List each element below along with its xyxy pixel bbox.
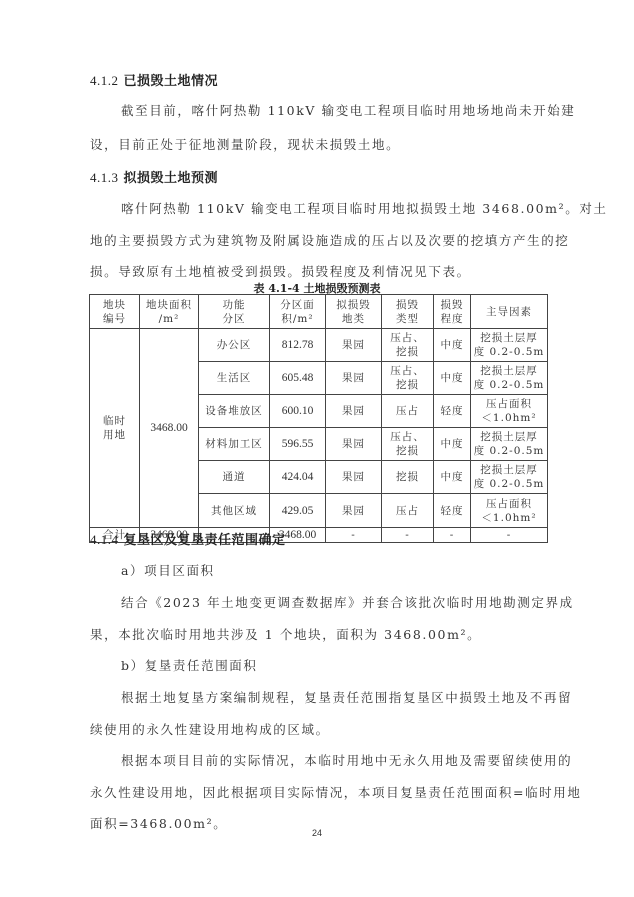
landtype-cell: 果园 bbox=[326, 428, 382, 461]
header-cell: 主导因素 bbox=[471, 295, 548, 329]
degree-cell: 轻度 bbox=[434, 494, 471, 528]
header-cell: 分区面积/m² bbox=[270, 295, 326, 329]
header-cell: 地块面积/m² bbox=[140, 295, 199, 329]
damage-type-cell: 压占、挖损 bbox=[382, 428, 434, 461]
header-cell: 功能分区 bbox=[199, 295, 270, 329]
landtype-cell: 果园 bbox=[326, 362, 382, 395]
zone-area-cell: 424.04 bbox=[270, 461, 326, 494]
paragraph-line: 永久性建设用地，因此根据项目实际情况，本项目复垦责任范围面积=临时用地 bbox=[90, 783, 547, 801]
zone-cell: 办公区 bbox=[199, 329, 270, 362]
paragraph-line: 续使用的永久性建设用地构成的区域。 bbox=[90, 720, 547, 738]
header-cell: 地块编号 bbox=[90, 295, 140, 329]
paragraph-line: 损。导致原有土地植被受到损毁。损毁程度及利情况见下表。 bbox=[90, 262, 547, 280]
paragraph-line: 根据本项目目前的实际情况，本临时用地中无永久用地及需要留续使用的 bbox=[121, 751, 547, 769]
total-factor-cell: - bbox=[471, 528, 548, 543]
landtype-cell: 果园 bbox=[326, 395, 382, 428]
header-cell: 拟损毁地类 bbox=[326, 295, 382, 329]
block-id-cell: 临时用地 bbox=[90, 329, 140, 528]
section-heading-4-1-2: 4.1.2已损毁土地情况 bbox=[90, 70, 218, 89]
paragraph-line: 地的主要损毁方式为建筑物及附属设施造成的压占以及次要的挖填方产生的挖 bbox=[90, 231, 547, 249]
total-degree-cell: - bbox=[434, 528, 471, 543]
degree-cell: 轻度 bbox=[434, 395, 471, 428]
landtype-cell: 果园 bbox=[326, 461, 382, 494]
header-cell: 损毁程度 bbox=[434, 295, 471, 329]
paragraph-line: 根据土地复垦方案编制规程，复垦责任范围指复垦区中损毁土地及不再留 bbox=[121, 688, 547, 706]
degree-cell: 中度 bbox=[434, 329, 471, 362]
factor-cell: 挖损土层厚度 0.2-0.5m bbox=[471, 329, 548, 362]
zone-area-cell: 596.55 bbox=[270, 428, 326, 461]
zone-cell: 材料加工区 bbox=[199, 428, 270, 461]
header-cell: 损毁类型 bbox=[382, 295, 434, 329]
zone-cell: 生活区 bbox=[199, 362, 270, 395]
subheading-b: b）复垦责任范围面积 bbox=[121, 656, 547, 674]
zone-cell: 设备堆放区 bbox=[199, 395, 270, 428]
paragraph-line: 截至目前，喀什阿热勒 110kV 输变电工程项目临时用地场地尚未开始建 bbox=[121, 101, 547, 119]
damage-type-cell: 压占、挖损 bbox=[382, 362, 434, 395]
degree-cell: 中度 bbox=[434, 428, 471, 461]
factor-cell: 挖损土层厚度 0.2-0.5m bbox=[471, 362, 548, 395]
page-number: 24 bbox=[0, 828, 634, 838]
paragraph-line: 果，本批次临时用地共涉及 1 个地块，面积为 3468.00m²。 bbox=[90, 625, 547, 643]
zone-area-cell: 605.48 bbox=[270, 362, 326, 395]
paragraph-line: 喀什阿热勒 110kV 输变电工程项目临时用地拟损毁土地 3468.00m²。对… bbox=[121, 199, 547, 217]
factor-cell: 压占面积＜1.0hm² bbox=[471, 494, 548, 528]
damage-type-cell: 压占 bbox=[382, 395, 434, 428]
section-heading-4-1-4: 4.1.4复垦区及复垦责任范围确定 bbox=[90, 529, 286, 548]
damage-type-cell: 压占 bbox=[382, 494, 434, 528]
paragraph-line: 结合《2023 年土地变更调查数据库》并套合该批次临时用地勘测定界成 bbox=[121, 593, 547, 611]
degree-cell: 中度 bbox=[434, 461, 471, 494]
landtype-cell: 果园 bbox=[326, 494, 382, 528]
degree-cell: 中度 bbox=[434, 362, 471, 395]
total-landtype-cell: - bbox=[326, 528, 382, 543]
table-header-row: 地块编号 地块面积/m² 功能分区 分区面积/m² 拟损毁地类 损毁类型 损毁程… bbox=[90, 295, 548, 329]
zone-area-cell: 812.78 bbox=[270, 329, 326, 362]
block-area-cell: 3468.00 bbox=[140, 329, 199, 528]
document-page: 4.1.2已损毁土地情况 截至目前，喀什阿热勒 110kV 输变电工程项目临时用… bbox=[0, 0, 634, 897]
zone-cell: 其他区域 bbox=[199, 494, 270, 528]
section-heading-4-1-3: 4.1.3拟损毁土地预测 bbox=[90, 167, 218, 186]
factor-cell: 挖损土层厚度 0.2-0.5m bbox=[471, 461, 548, 494]
paragraph-line: 设，目前正处于征地测量阶段，现状未损毁土地。 bbox=[90, 135, 547, 153]
zone-area-cell: 600.10 bbox=[270, 395, 326, 428]
zone-cell: 通道 bbox=[199, 461, 270, 494]
landtype-cell: 果园 bbox=[326, 329, 382, 362]
table-row: 临时用地 3468.00 办公区 812.78 果园 压占、挖损 中度 挖损土层… bbox=[90, 329, 548, 362]
damage-type-cell: 挖损 bbox=[382, 461, 434, 494]
total-type-cell: - bbox=[382, 528, 434, 543]
damage-type-cell: 压占、挖损 bbox=[382, 329, 434, 362]
subheading-a: a）项目区面积 bbox=[121, 561, 547, 579]
factor-cell: 压占面积＜1.0hm² bbox=[471, 395, 548, 428]
zone-area-cell: 429.05 bbox=[270, 494, 326, 528]
land-damage-table: 地块编号 地块面积/m² 功能分区 分区面积/m² 拟损毁地类 损毁类型 损毁程… bbox=[89, 294, 548, 543]
factor-cell: 挖损土层厚度 0.2-0.5m bbox=[471, 428, 548, 461]
